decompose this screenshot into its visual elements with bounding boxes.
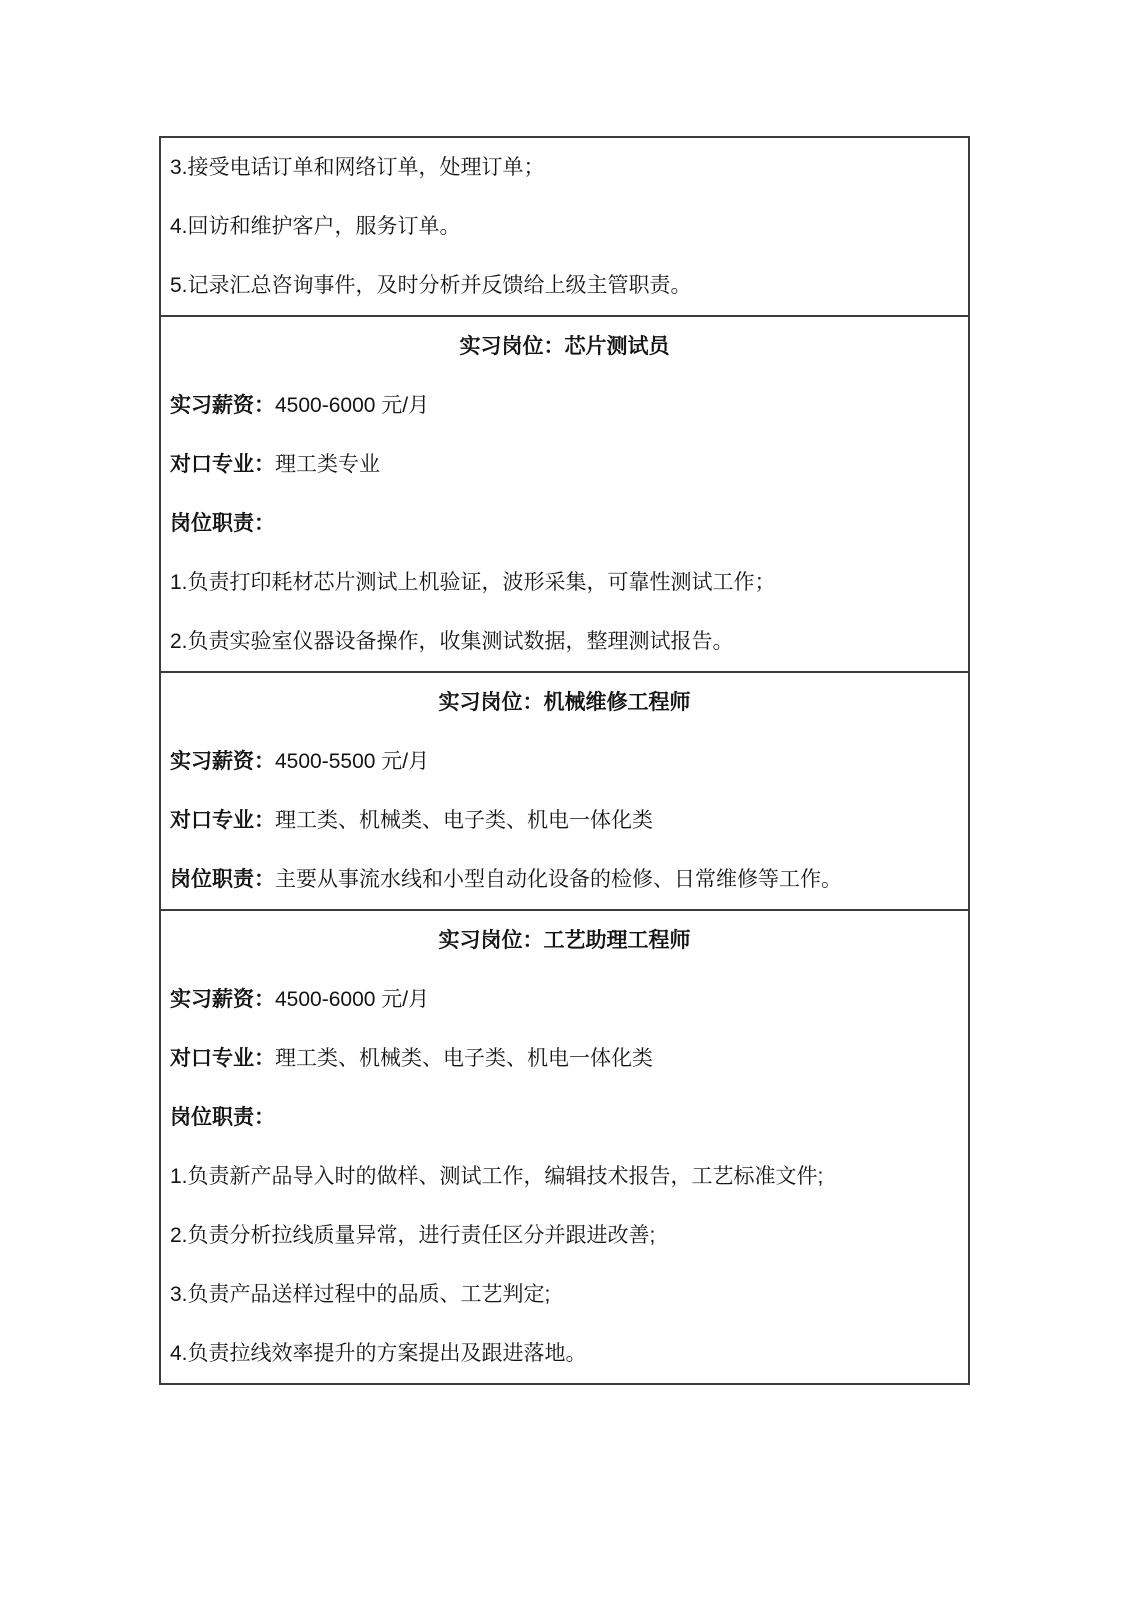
duties-heading: 岗位职责：	[170, 1088, 959, 1147]
position-title: 实习岗位：工艺助理工程师	[170, 911, 959, 970]
table-row-mechanical-engineer: 实习岗位：机械维修工程师 实习薪资：4500-5500 元/月 对口专业：理工类…	[161, 671, 968, 909]
position-title: 实习岗位：机械维修工程师	[170, 673, 959, 732]
major-value: 理工类、机械类、电子类、机电一体化类	[275, 809, 653, 832]
major-label: 对口专业：	[170, 809, 275, 832]
duties-label: 岗位职责：	[170, 1106, 275, 1129]
duties-label: 岗位职责：	[170, 512, 275, 535]
salary-label: 实习薪资：	[170, 750, 275, 773]
position-title: 实习岗位：芯片测试员	[170, 317, 959, 376]
salary-value: 4500-5500 元/月	[275, 750, 429, 773]
major-label: 对口专业：	[170, 1047, 275, 1070]
duties-heading: 岗位职责：	[170, 494, 959, 553]
internship-positions-table: 3.接受电话订单和网络订单，处理订单； 4.回访和维护客户，服务订单。 5.记录…	[159, 136, 970, 1385]
duty-item: 2.负责实验室仪器设备操作，收集测试数据，整理测试报告。	[170, 612, 959, 671]
salary-label: 实习薪资：	[170, 394, 275, 417]
major-line: 对口专业：理工类专业	[170, 435, 959, 494]
salary-value: 4500-6000 元/月	[275, 394, 429, 417]
duties-label: 岗位职责：	[170, 868, 275, 891]
duty-item: 2.负责分析拉线质量异常，进行责任区分并跟进改善;	[170, 1206, 959, 1265]
major-line: 对口专业：理工类、机械类、电子类、机电一体化类	[170, 1029, 959, 1088]
salary-line: 实习薪资：4500-6000 元/月	[170, 970, 959, 1029]
salary-label: 实习薪资：	[170, 988, 275, 1011]
duty-item: 4.负责拉线效率提升的方案提出及跟进落地。	[170, 1324, 959, 1383]
major-line: 对口专业：理工类、机械类、电子类、机电一体化类	[170, 791, 959, 850]
duties-line: 岗位职责：主要从事流水线和小型自动化设备的检修、日常维修等工作。	[170, 850, 959, 909]
salary-line: 实习薪资：4500-6000 元/月	[170, 376, 959, 435]
duty-item: 3.负责产品送样过程中的品质、工艺判定;	[170, 1265, 959, 1324]
duties-value: 主要从事流水线和小型自动化设备的检修、日常维修等工作。	[275, 868, 842, 891]
table-row-chip-tester: 实习岗位：芯片测试员 实习薪资：4500-6000 元/月 对口专业：理工类专业…	[161, 315, 968, 671]
duty-item: 5.记录汇总咨询事件，及时分析并反馈给上级主管职责。	[170, 256, 959, 315]
table-row-customer-service-duties: 3.接受电话订单和网络订单，处理订单； 4.回访和维护客户，服务订单。 5.记录…	[161, 138, 968, 315]
major-value: 理工类、机械类、电子类、机电一体化类	[275, 1047, 653, 1070]
table-row-process-engineer: 实习岗位：工艺助理工程师 实习薪资：4500-6000 元/月 对口专业：理工类…	[161, 909, 968, 1383]
salary-value: 4500-6000 元/月	[275, 988, 429, 1011]
major-value: 理工类专业	[275, 453, 380, 476]
major-label: 对口专业：	[170, 453, 275, 476]
duty-item: 1.负责打印耗材芯片测试上机验证，波形采集，可靠性测试工作；	[170, 553, 959, 612]
duty-item: 4.回访和维护客户，服务订单。	[170, 197, 959, 256]
duty-item: 3.接受电话订单和网络订单，处理订单；	[170, 138, 959, 197]
document-page: 3.接受电话订单和网络订单，处理订单； 4.回访和维护客户，服务订单。 5.记录…	[0, 0, 1131, 1600]
salary-line: 实习薪资：4500-5500 元/月	[170, 732, 959, 791]
duty-item: 1.负责新产品导入时的做样、测试工作，编辑技术报告，工艺标准文件;	[170, 1147, 959, 1206]
